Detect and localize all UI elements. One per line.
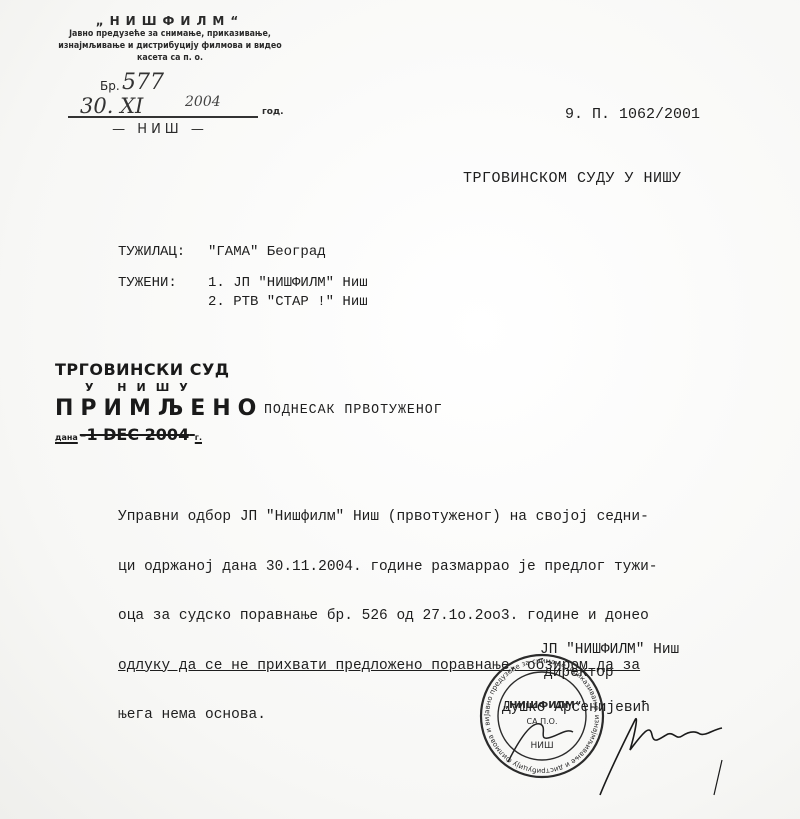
court-stamp-line-2: У НИШУ (85, 381, 263, 394)
document-page: „НИШФИЛМ“ Јавно предузеће за снимање, пр… (0, 0, 800, 819)
addressee: ТРГОВИНСКОМ СУДУ У НИШУ (463, 170, 682, 187)
plaintiff-name: "ГАМА" Београд (208, 243, 326, 262)
stamp-line-1: Јавно предузеће за снимање, приказивање, (56, 28, 285, 40)
parties-section: ТУЖИЛАЦ: "ГАМА" Београд ТУЖЕНИ: 1. ЈП "Н… (118, 243, 368, 312)
signature-title: директор (544, 665, 679, 682)
court-stamp-date-row: дана-1 DEC 2004 г. (55, 425, 263, 444)
court-stamp-date-label: дана (55, 433, 78, 442)
stamp-line-3: касета са п. о. (56, 52, 285, 64)
stamp-rule (68, 116, 258, 118)
body-line: Управни одбор ЈП "Нишфилм" Ниш (првотуже… (118, 509, 658, 526)
stamp-br-label: Бр. (100, 79, 120, 93)
reference-number: 9. П. 1062/2001 (565, 106, 700, 123)
court-stamp-line-3: ПРИМЉЕНО (55, 396, 263, 421)
court-stamp-suffix: г. (195, 433, 202, 442)
svg-text:НИШ: НИШ (530, 741, 553, 751)
plaintiff-row: ТУЖИЛАЦ: "ГАМА" Београд (118, 243, 368, 262)
court-stamp-line-1: ТРГОВИНСКИ СУД (55, 360, 263, 379)
stamp-line-2: изнајмљивање и дистрибуцију филмова и ви… (56, 40, 285, 52)
court-received-stamp: ТРГОВИНСКИ СУД У НИШУ ПРИМЉЕНО дана-1 DE… (55, 360, 263, 444)
defendants-label: ТУЖЕНИ: (118, 274, 208, 312)
stamp-br-number: 577 (122, 70, 164, 95)
stamp-city: — НИШ — (100, 122, 220, 137)
defendants-row: ТУЖЕНИ: 1. ЈП "НИШФИЛМ" Ниш 2. РТВ "СТАР… (118, 274, 368, 312)
document-subject: ПОДНЕСАК ПРВОТУЖЕНОГ (264, 402, 443, 418)
handwritten-signature-icon (590, 700, 730, 800)
signature-organization: ЈП "НИШФИЛМ" Ниш (540, 642, 679, 659)
stamp-date-handwritten: 30. XI (80, 94, 143, 118)
body-line: оца за судско поравнање бр. 526 од 27.1о… (118, 608, 658, 625)
stamp-year-handwritten: 2004 (185, 94, 221, 110)
stamp-god-label: год. (262, 107, 284, 117)
body-line: ци одржаној дана 30.11.2004. године разм… (118, 559, 658, 576)
stamp-org-name: „НИШФИЛМ“ (40, 14, 300, 28)
defendant-item: 2. РТВ "СТАР !" Ниш (208, 293, 368, 312)
plaintiff-label: ТУЖИЛАЦ: (118, 243, 208, 262)
registry-stamp: „НИШФИЛМ“ Јавно предузеће за снимање, пр… (40, 10, 300, 64)
court-stamp-date: -1 DEC 2004 (80, 425, 189, 444)
defendant-item: 1. ЈП "НИШФИЛМ" Ниш (208, 274, 368, 293)
